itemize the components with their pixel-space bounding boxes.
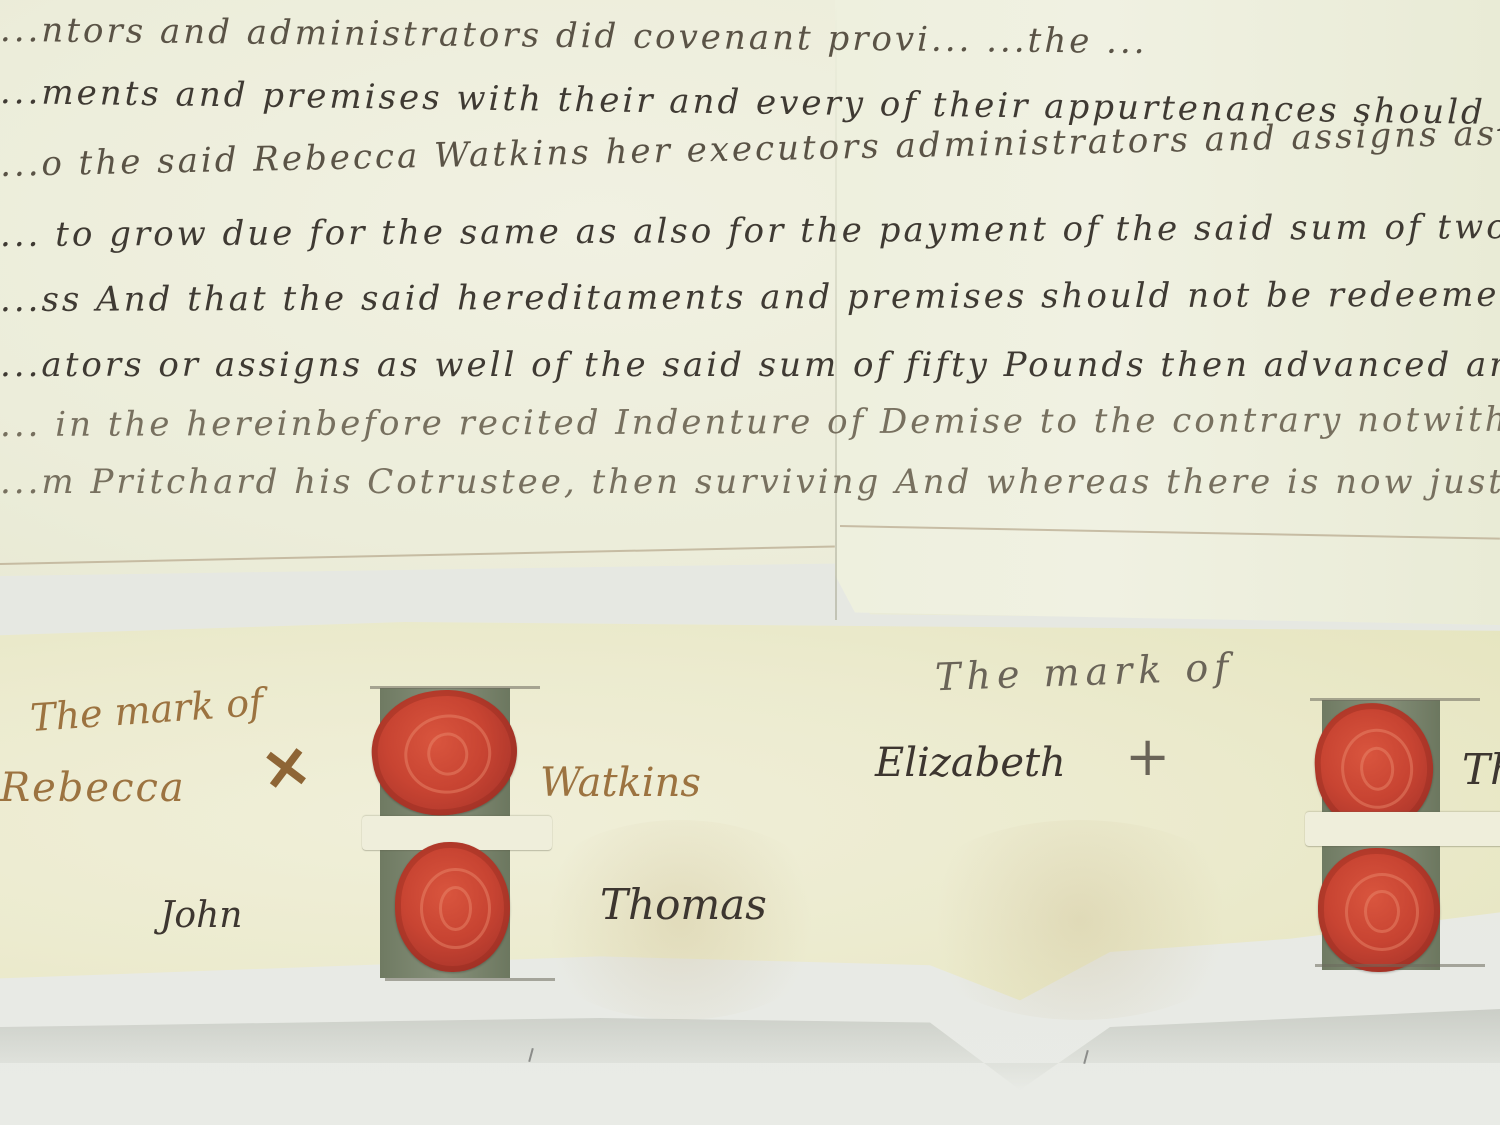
wax-seal-icon xyxy=(395,842,510,972)
text-line-4: ... to grow due for the same as also for… xyxy=(0,207,1500,255)
plus-mark-icon: + xyxy=(1125,725,1170,788)
foxing-stain xyxy=(900,820,1260,1020)
signer-last-name: Thomas xyxy=(600,880,767,929)
text-line-5: ...ss And that the said hereditaments an… xyxy=(0,274,1500,320)
text-line-7: ... in the hereinbefore recited Indentur… xyxy=(0,399,1500,445)
paper-slit-band xyxy=(1305,812,1500,846)
slit-edge xyxy=(1315,964,1485,967)
signer-first-name: Rebecca xyxy=(0,765,186,811)
slit-edge xyxy=(385,978,555,981)
slit-edge xyxy=(370,686,540,689)
signer-first-name: Elizabeth xyxy=(875,740,1066,786)
signer-first-name: John xyxy=(160,895,242,936)
text-line-8: ...m Pritchard his Cotrustee, then survi… xyxy=(0,462,1500,502)
cross-mark-icon: ✕ xyxy=(258,732,316,806)
wax-seal-icon xyxy=(1318,848,1440,972)
slit-edge xyxy=(1310,698,1480,701)
signer-last-name: Watkins xyxy=(540,760,701,806)
text-line-6: ...ators or assigns as well of the said … xyxy=(0,345,1500,385)
signer-last-name: Th... xyxy=(1462,745,1500,794)
